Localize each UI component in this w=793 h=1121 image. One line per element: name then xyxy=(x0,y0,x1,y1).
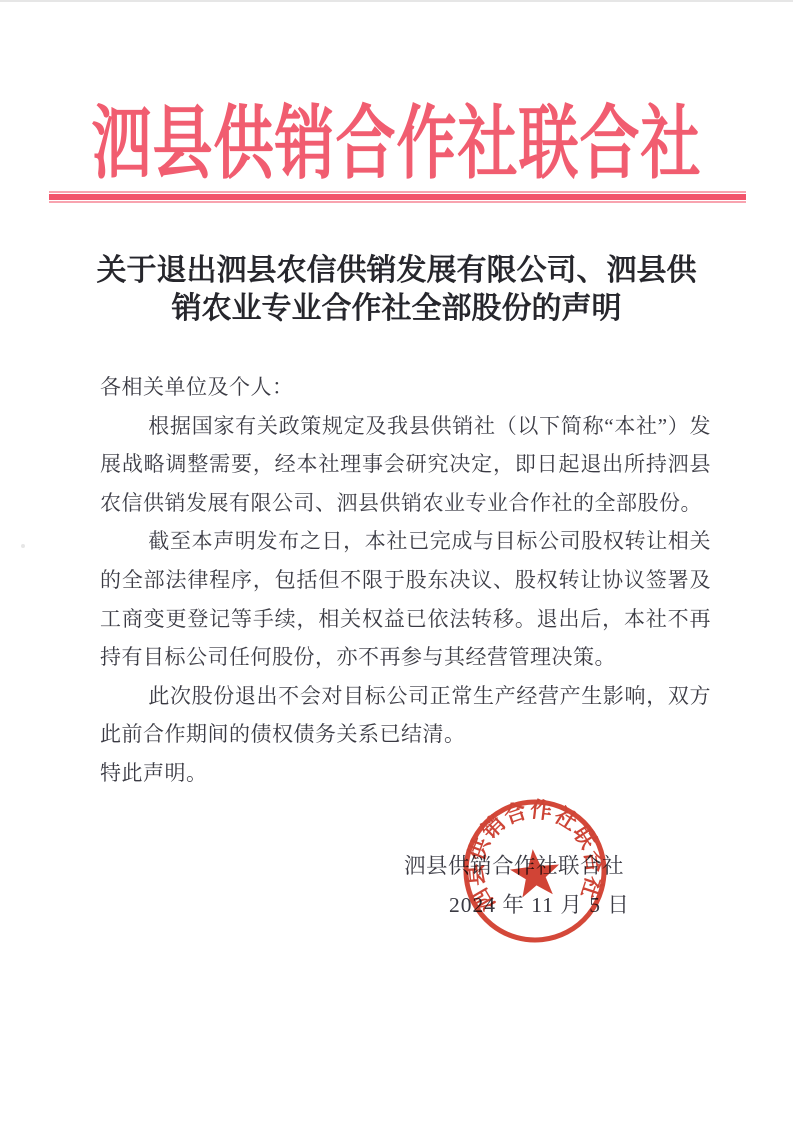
seal-star-icon xyxy=(508,847,562,899)
letterhead-title: 泗县供销合作社联合社 xyxy=(0,82,793,205)
closing-statement: 特此声明。 xyxy=(100,754,711,793)
divider-thin-top xyxy=(49,191,746,193)
paragraph-1: 根据国家有关政策规定及我县供销社（以下简称“本社”）发展战略调整需要，经本社理事… xyxy=(100,407,711,523)
document-page: 泗县供销合作社联合社 关于退出泗县农信供销发展有限公司、泗县供销农业专业合作社全… xyxy=(0,0,793,1121)
document-body: 各相关单位及个人： 根据国家有关政策规定及我县供销社（以下简称“本社”）发展战略… xyxy=(100,368,711,793)
scan-edge-line xyxy=(0,0,793,2)
document-title: 关于退出泗县农信供销发展有限公司、泗县供销农业专业合作社全部股份的声明 xyxy=(86,252,707,328)
divider-thick-middle xyxy=(49,194,746,200)
paragraph-2: 截至本声明发布之日，本社已完成与目标公司股权转让相关的全部法律程序，包括但不限于… xyxy=(100,522,711,676)
paragraph-3: 此次股份退出不会对目标公司正常生产经营产生影响，双方此前合作期间的债权债务关系已… xyxy=(100,677,711,754)
official-seal: 泗县供销合作社联合社 xyxy=(438,774,631,967)
letterhead-divider xyxy=(49,191,746,203)
divider-thin-bottom xyxy=(49,201,746,203)
scan-speck xyxy=(21,544,25,548)
salutation: 各相关单位及个人： xyxy=(100,368,711,407)
